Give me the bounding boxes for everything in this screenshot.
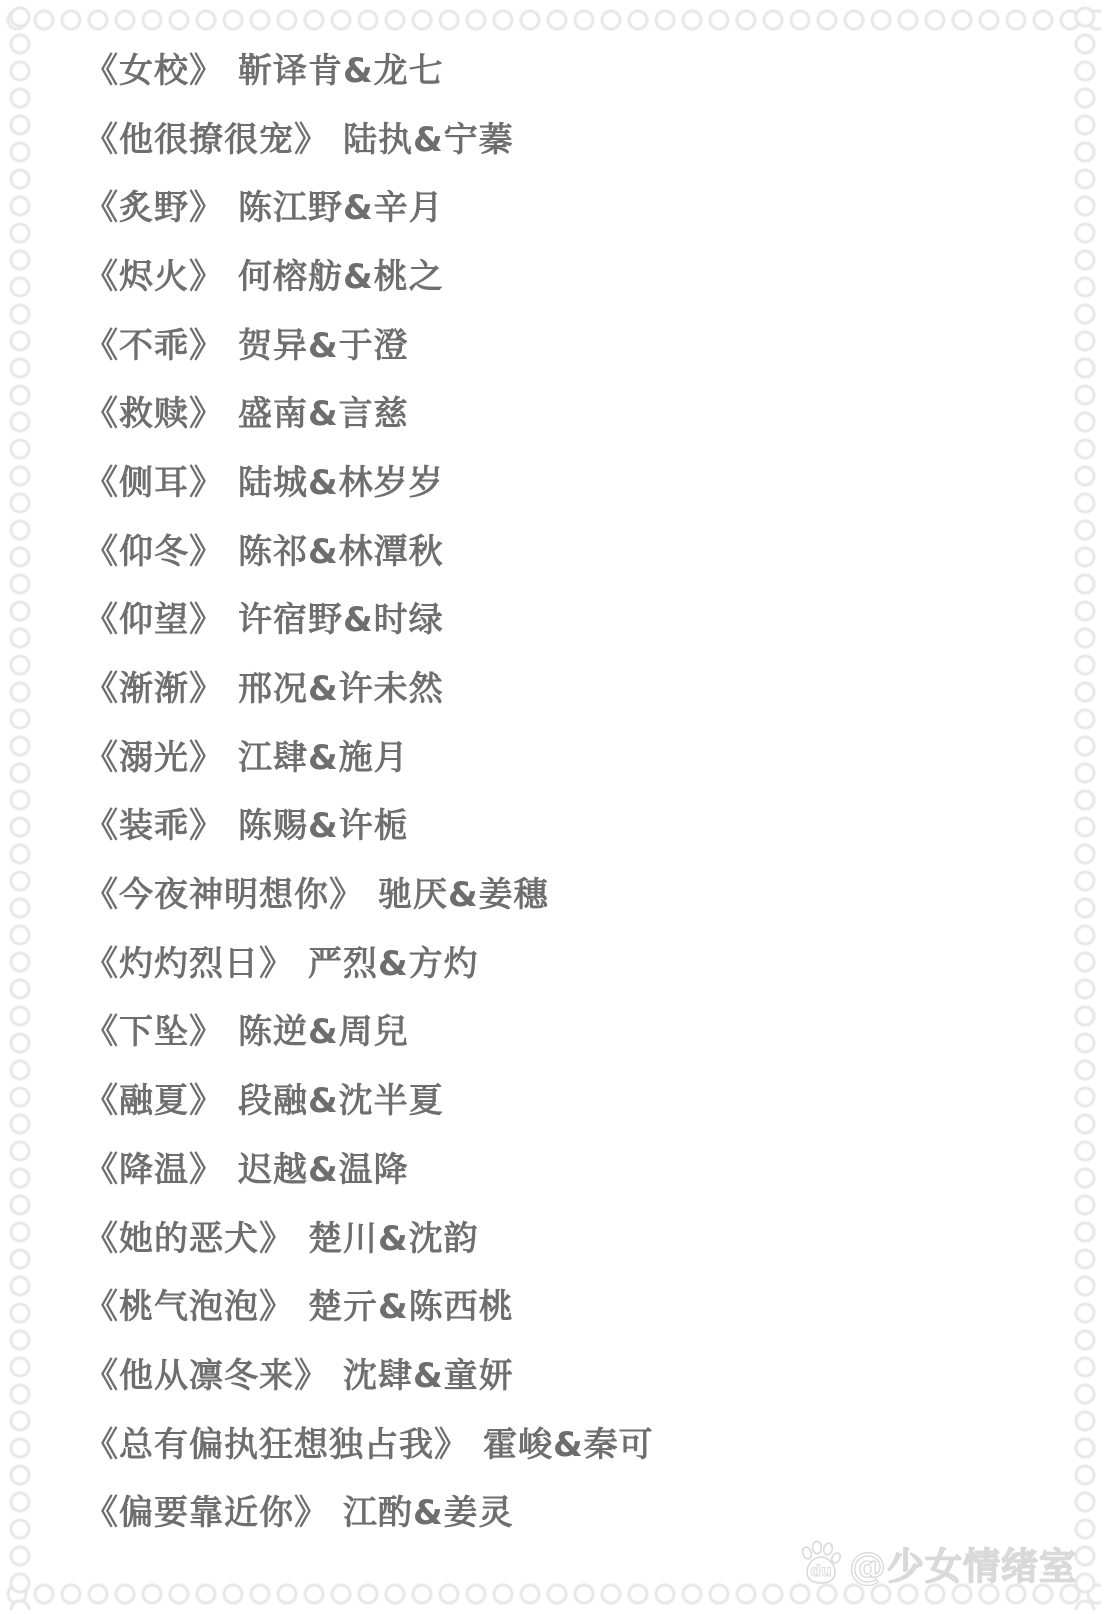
list-item: 《烬火》何榕舫&桃之 <box>84 239 1069 308</box>
book-pairing: 盛南&言慈 <box>238 386 409 435</box>
book-title: 《女校》 <box>84 43 224 92</box>
book-title: 《溺光》 <box>84 730 224 779</box>
book-pairing: 江肆&施月 <box>238 730 409 779</box>
stamp-perforation-left <box>7 4 33 1610</box>
book-pairing: 陆执&宁蓁 <box>343 112 514 161</box>
book-title: 《下坠》 <box>84 1004 224 1053</box>
list-item: 《不乖》贺异&于澄 <box>84 308 1069 377</box>
book-pairing: 陈江野&辛月 <box>238 180 444 229</box>
list-item: 《救赎》盛南&言慈 <box>84 376 1069 445</box>
book-title: 《他很撩很宠》 <box>84 112 329 161</box>
book-pairing: 何榕舫&桃之 <box>238 249 444 298</box>
book-title: 《救赎》 <box>84 386 224 435</box>
list-item: 《桃气泡泡》楚亓&陈西桃 <box>84 1269 1069 1338</box>
list-item: 《仰冬》陈祁&林潭秋 <box>84 514 1069 583</box>
book-pairing: 严烈&方灼 <box>308 936 479 985</box>
book-pairing: 楚亓&陈西桃 <box>308 1279 514 1328</box>
list-item: 《她的恶犬》楚川&沈韵 <box>84 1201 1069 1270</box>
book-title: 《仰冬》 <box>84 524 224 573</box>
list-item: 《炙野》陈江野&辛月 <box>84 170 1069 239</box>
book-title: 《他从凛冬来》 <box>84 1348 329 1397</box>
list-item: 《总有偏执狂想独占我》霍峻&秦可 <box>84 1407 1069 1476</box>
list-item: 《女校》靳译肯&龙七 <box>84 33 1069 102</box>
stamp-perforation-top <box>4 7 1101 33</box>
book-title: 《降温》 <box>84 1142 224 1191</box>
book-title: 《装乖》 <box>84 798 224 847</box>
book-pairing: 霍峻&秦可 <box>483 1417 654 1466</box>
list-item: 《仰望》许宿野&时绿 <box>84 583 1069 652</box>
list-item: 《下坠》陈逆&周兒 <box>84 995 1069 1064</box>
watermark-handle: @少女情绪室 <box>849 1536 1077 1590</box>
list-item: 《他从凛冬来》沈肆&童妍 <box>84 1338 1069 1407</box>
list-item: 《今夜神明想你》驰厌&姜穗 <box>84 857 1069 926</box>
baidu-paw-icon: du <box>797 1539 845 1587</box>
book-title: 《灼灼烈日》 <box>84 936 294 985</box>
list-item: 《灼灼烈日》严烈&方灼 <box>84 926 1069 995</box>
book-title: 《不乖》 <box>84 318 224 367</box>
book-title: 《炙野》 <box>84 180 224 229</box>
book-title: 《今夜神明想你》 <box>84 867 364 916</box>
book-pairing: 江酌&姜灵 <box>343 1485 514 1534</box>
book-pairing: 陈赐&许栀 <box>238 798 409 847</box>
book-pairing: 楚川&沈韵 <box>308 1211 479 1260</box>
book-title: 《仰望》 <box>84 592 224 641</box>
list-item: 《他很撩很宠》陆执&宁蓁 <box>84 102 1069 171</box>
book-pairing: 驰厌&姜穗 <box>378 867 549 916</box>
list-item: 《溺光》江肆&施月 <box>84 720 1069 789</box>
stamp-perforation-right <box>1072 4 1098 1610</box>
book-pairing: 陈逆&周兒 <box>238 1004 409 1053</box>
watermark: du @少女情绪室 <box>797 1536 1077 1590</box>
book-pairing: 段融&沈半夏 <box>238 1073 444 1122</box>
list-item: 《降温》迟越&温降 <box>84 1132 1069 1201</box>
book-title: 《渐渐》 <box>84 661 224 710</box>
book-title: 《偏要靠近你》 <box>84 1485 329 1534</box>
list-item: 《装乖》陈赐&许栀 <box>84 789 1069 858</box>
book-title: 《她的恶犬》 <box>84 1211 294 1260</box>
book-pairing: 陆城&林岁岁 <box>238 455 444 504</box>
book-title: 《融夏》 <box>84 1073 224 1122</box>
book-pairing: 陈祁&林潭秋 <box>238 524 444 573</box>
list-item: 《融夏》段融&沈半夏 <box>84 1063 1069 1132</box>
book-title: 《桃气泡泡》 <box>84 1279 294 1328</box>
book-pairing: 靳译肯&龙七 <box>238 43 444 92</box>
list-item: 《侧耳》陆城&林岁岁 <box>84 445 1069 514</box>
book-pairing: 迟越&温降 <box>238 1142 409 1191</box>
book-pairing: 许宿野&时绿 <box>238 592 444 641</box>
list-item: 《偏要靠近你》江酌&姜灵 <box>84 1475 1069 1544</box>
book-pairing: 邢况&许未然 <box>238 661 444 710</box>
book-title: 《侧耳》 <box>84 455 224 504</box>
book-title: 《烬火》 <box>84 249 224 298</box>
list-item: 《渐渐》邢况&许未然 <box>84 651 1069 720</box>
book-pairing: 沈肆&童妍 <box>343 1348 514 1397</box>
stamp-image: 《女校》靳译肯&龙七《他很撩很宠》陆执&宁蓁《炙野》陈江野&辛月《烬火》何榕舫&… <box>0 0 1105 1614</box>
book-list: 《女校》靳译肯&龙七《他很撩很宠》陆执&宁蓁《炙野》陈江野&辛月《烬火》何榕舫&… <box>84 33 1069 1544</box>
book-pairing: 贺异&于澄 <box>238 318 409 367</box>
baidu-paw-du-text: du <box>810 1562 831 1580</box>
book-title: 《总有偏执狂想独占我》 <box>84 1417 469 1466</box>
